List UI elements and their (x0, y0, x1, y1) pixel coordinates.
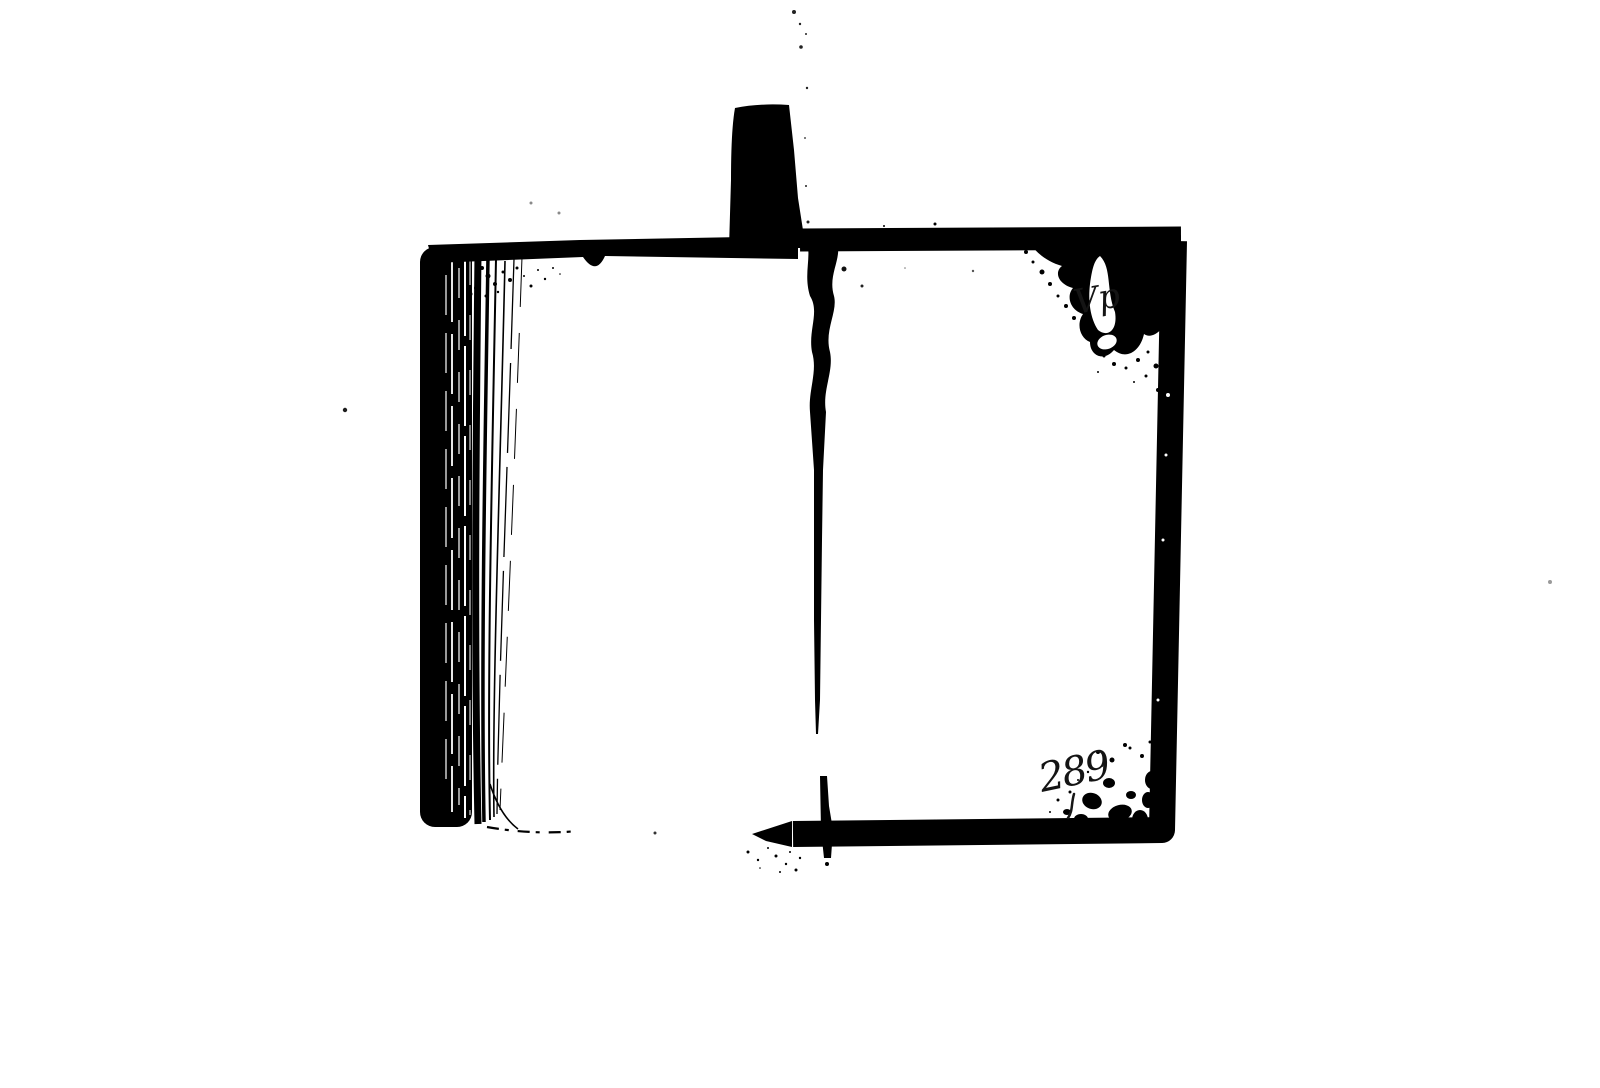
handwritten-corner-mark: Vp (1071, 275, 1124, 322)
document-scan-page: Vp (0, 0, 1600, 1088)
paper-background (0, 0, 1600, 1088)
book-scan-image: Vp (0, 0, 1600, 1088)
